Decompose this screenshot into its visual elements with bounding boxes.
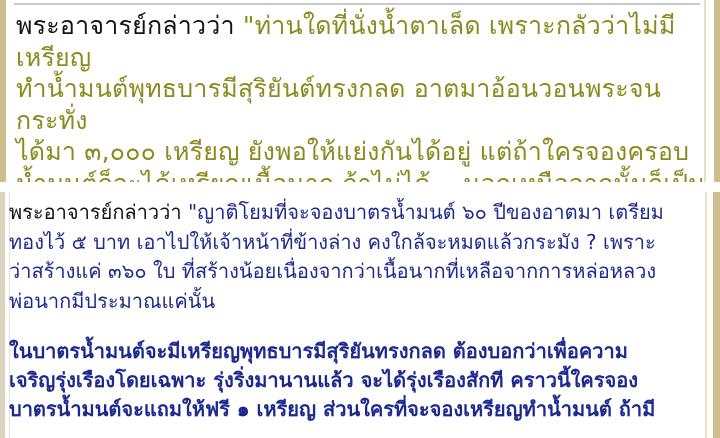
bottom-para1-line-4: พ่อนากมีประมาณแค่นั้น — [9, 289, 215, 313]
top-divider-rule — [14, 3, 700, 5]
bottom-quote-speaker: พระอาจารย์กล่าวว่า — [9, 200, 182, 224]
bottom-para1-line-2: ทองไว้ ๕ บาท เอาไปให้เจ้าหน้าที่ข้างล่าง… — [9, 230, 656, 254]
bottom-quote-paragraph-1: พระอาจารย์กล่าวว่า "ญาติโยมที่จะจองบาตรน… — [9, 198, 707, 316]
panel-gap — [0, 182, 720, 192]
bottom-para1-line-3: ว่าสร้างแค่ ๓๖๐ ใบ ที่สร้างน้อยเนื่องจาก… — [9, 259, 656, 283]
top-quote-line-2: ทำน้ำมนต์พุทธบารมีสุริยันต์ทรงกลด อาตมาอ… — [16, 74, 661, 135]
top-quote-line-3: ได้มา ๓,๐๐๐ เหรียญ ยังพอให้แย่งกันได้อยู… — [16, 137, 689, 166]
bottom-para2-line-3: บาตรน้ำมนต์จะแถมให้ฟรี ๑ เหรียญ ส่วนใครท… — [9, 397, 655, 421]
bottom-para1-line-1: "ญาติโยมที่จะจองบาตรน้ำมนต์ ๖๐ ปีของอาตม… — [188, 200, 664, 224]
top-quote-speaker: พระอาจารย์กล่าวว่า — [16, 11, 235, 40]
bottom-quote-panel: พระอาจารย์กล่าวว่า "ญาติโยมที่จะจองบาตรน… — [0, 192, 720, 438]
bottom-quote-paragraph-2: ในบาตรน้ำมนต์จะมีเหรียญพุทธบารมีสุริยันท… — [9, 337, 707, 424]
top-quote-panel: พระอาจารย์กล่าวว่า "ท่านใดที่นั่งน้ำตาเล… — [0, 0, 720, 182]
bottom-para2-line-2: เจริญรุ่งเรืองโดยเฉพาะ รุ่งริ่งมานานแล้ว… — [9, 368, 638, 392]
bottom-para2-line-1: ในบาตรน้ำมนต์จะมีเหรียญพุทธบารมีสุริยันท… — [9, 339, 628, 363]
